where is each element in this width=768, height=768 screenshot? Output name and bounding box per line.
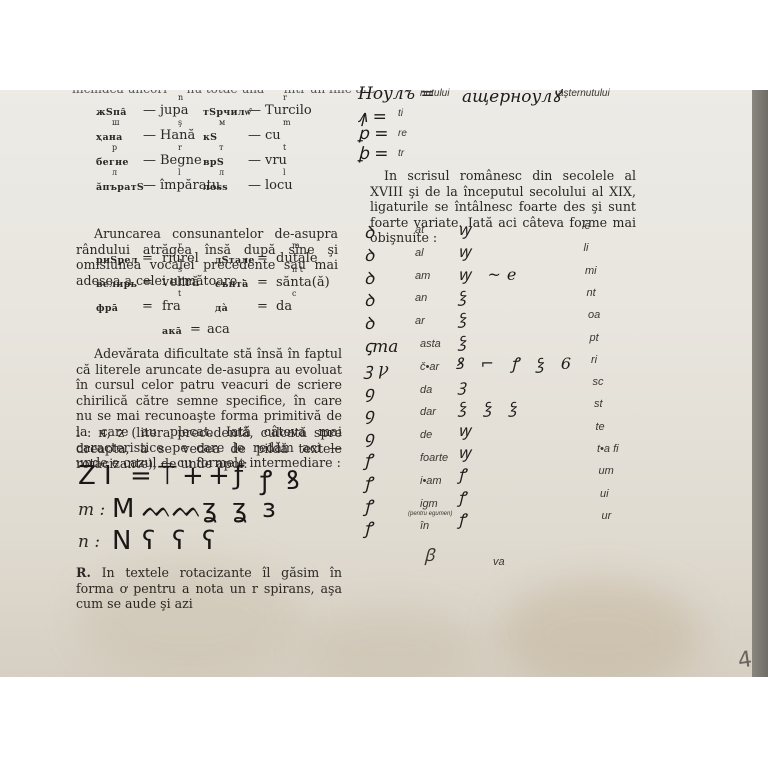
glyph-row-label: m : — [78, 500, 105, 520]
equals-sign: = — [190, 322, 201, 337]
latin-transliteration: vru — [265, 153, 287, 168]
ligature-label: sc — [593, 376, 604, 388]
handwritten-glyph: ᨓ — [172, 494, 203, 525]
ligature-glyph: ꞔma — [364, 334, 398, 357]
ligature-label: at — [415, 224, 424, 236]
ligature-label: da — [420, 384, 432, 396]
ligature-glyph: ꝭ — [364, 471, 372, 494]
ligature-glyph: ꝭ — [458, 508, 472, 530]
dash: — — [143, 128, 156, 143]
ligature-glyph: ꝡ — [458, 240, 476, 262]
ligature-label: ui — [600, 488, 609, 500]
handwritten-glyph: ᨓ — [142, 494, 173, 525]
handwritten-glyph: ʓ — [232, 494, 247, 524]
latin-transliteration: aca — [207, 322, 230, 337]
ligature-label: ur — [602, 510, 612, 522]
cyrillic-word: лоѕѕ — [203, 182, 228, 193]
handwritten-glyph: ɜ — [262, 494, 276, 524]
ligature-glyph: ꝣ — [458, 330, 472, 352]
ligature-glyph: ꝺ — [364, 266, 374, 289]
handwritten-glyph: + — [182, 461, 204, 491]
paragraph-text: In textele rotacizante îl găsim în forma… — [76, 565, 342, 611]
ligature-label: li — [584, 242, 589, 254]
cyrillic-superscript: м — [219, 118, 225, 127]
superscript-letter: ş — [178, 118, 182, 127]
ligature-glyph: ꝫ ꝩ — [364, 357, 388, 380]
glyph-row-label: n : — [78, 532, 100, 552]
latin-transliteration: riurel — [162, 251, 199, 266]
handwritten-glyph: ʕ — [202, 526, 215, 556]
cyrillic-word: фрā — [96, 303, 118, 314]
superscript-letter: n — [178, 93, 183, 102]
ligature-label: mi — [585, 265, 597, 277]
section-letter: R. — [76, 565, 91, 580]
ligature-glyph: ꝡ — [458, 419, 476, 441]
dash: — — [143, 153, 156, 168]
ligature-label: t•a fi — [597, 443, 619, 455]
cyrillic-word: риЅрел — [96, 255, 138, 266]
ligature-glyph: ꝭ — [458, 463, 472, 485]
superscript-letter: r — [178, 241, 182, 250]
latin-transliteration: veliră — [162, 275, 199, 290]
dash: — — [248, 103, 261, 118]
superscript-letter: s — [178, 265, 182, 274]
ligature-label: în — [420, 520, 429, 532]
dash: — — [143, 103, 156, 118]
paper-stain — [300, 610, 480, 677]
ligature-label: um — [599, 465, 614, 477]
cyrillic-superscript: л — [219, 168, 224, 177]
cursive-glyph: ꝧ = — [358, 144, 388, 164]
superscript-letter: c — [292, 289, 296, 298]
ligature-glyph: ꝣ ꝣ ꝣ — [458, 396, 523, 418]
ligature-glyph: ꝭ — [364, 494, 372, 517]
cyrillic-word: дЅ̑тале — [215, 255, 255, 266]
ligature-label: an — [415, 292, 427, 304]
ligature-glyph: ꝯ — [364, 380, 374, 403]
ligature-label: ar — [415, 315, 425, 327]
cyrillic-word: тЅрчилѡ̑ — [203, 107, 251, 118]
ligature-label: asta — [420, 338, 441, 350]
glyph-meaning: aşternutului — [558, 88, 610, 99]
ligature-glyph: ꝡ — [458, 441, 476, 463]
cyrillic-superscript: ш — [112, 118, 119, 127]
glyph-meaning: re — [398, 128, 407, 139]
handwritten-glyph: = — [130, 461, 152, 491]
cyrillic-word: бегне — [96, 157, 129, 168]
superscript-letter: t — [178, 289, 181, 298]
superscript-letter: l — [178, 168, 181, 177]
ligature-glyph: ꝺ — [364, 311, 374, 334]
superscript-letter: m — [292, 241, 300, 250]
ligature-note: (pentru egumen) — [408, 511, 452, 517]
equals-sign: = — [257, 251, 268, 266]
glyph-meaning: ti — [398, 108, 403, 119]
ligature-glyph: ꝺ — [364, 243, 374, 266]
paragraph-ligatures-intro: In scrisul românesc din secolele al XVII… — [370, 168, 636, 246]
cyrillic-word: кЅ — [203, 132, 217, 143]
equals-sign: = — [142, 251, 153, 266]
latin-transliteration: da — [276, 299, 292, 314]
handwritten-glyph: ƒ — [234, 461, 243, 491]
latin-transliteration: sănta(ă) — [276, 275, 330, 290]
ligature-glyph: ꝭ — [364, 516, 372, 539]
ligature-glyph: ꝡ — [458, 218, 476, 240]
ligature-glyph: ꝭ — [364, 448, 372, 471]
superscript-letter: r — [283, 93, 287, 102]
dash: — — [248, 128, 261, 143]
cyrillic-superscript: р — [112, 143, 117, 152]
cursive-glyph: ащерноулꙋ — [462, 84, 560, 107]
ligature-glyph: ꝫ — [458, 374, 472, 396]
cyrillic-superscript: т — [219, 143, 223, 152]
cyrillic-word: ӑпъратЅ — [96, 182, 144, 193]
handwritten-glyph: Z — [78, 461, 96, 491]
handwritten-glyph: ʕ — [172, 526, 185, 556]
cyrillic-superscript: л — [112, 168, 117, 177]
equals-sign: = — [142, 275, 153, 290]
equals-sign: = — [142, 299, 153, 314]
latin-transliteration: locu — [265, 178, 293, 193]
handwritten-glyph: ⊤ — [156, 461, 179, 491]
ligature-label: ri — [591, 354, 597, 366]
cyrillic-word: сънтā — [215, 279, 249, 290]
latin-transliteration: fra — [162, 299, 181, 314]
ligature-glyph: ꝺ — [364, 220, 374, 243]
superscript-letter: t — [283, 143, 286, 152]
handwritten-glyph: N — [112, 526, 131, 556]
cyrillic-word: ҳана — [96, 132, 123, 143]
background-edge — [752, 90, 768, 677]
latin-transliteration: Turcilo — [265, 103, 312, 118]
equals-sign: = — [257, 299, 268, 314]
latin-transliteration: jupa — [160, 103, 188, 118]
ligature-glyph: ꝯ — [364, 425, 374, 448]
latin-transliteration: Hană — [160, 128, 195, 143]
ligature-label: foarte — [420, 452, 448, 464]
ligature-glyph: ꝺ — [364, 288, 374, 311]
handwritten-glyph: I — [104, 461, 112, 491]
ligature-label: pt — [590, 332, 599, 344]
handwritten-glyph: ꝸ — [286, 461, 300, 497]
ligature-label: č•ar — [420, 361, 439, 373]
handwritten-glyph: ʓ — [202, 494, 217, 524]
superscript-letter: l — [283, 168, 286, 177]
ligature-label: dar — [420, 406, 436, 418]
cyrillic-word: да̀ — [215, 303, 228, 314]
ligature-label: va — [493, 556, 505, 568]
ligature-label: te — [596, 421, 605, 433]
ligature-label: i•am — [420, 475, 442, 487]
ligature-label: am — [415, 270, 430, 282]
handwritten-glyph: ꝭ — [260, 461, 272, 497]
dash: — — [143, 178, 156, 193]
glyph-meaning: nutului — [420, 88, 449, 99]
ligature-glyph: ꝣ — [458, 285, 472, 307]
ligature-glyph: ꝭ — [458, 486, 472, 508]
ligature-label: nt — [587, 287, 596, 299]
paper-stain — [500, 580, 700, 677]
cursive-glyph: ꝑ = — [358, 124, 388, 144]
cut-text-line: incindea uneori — nu totde-una — într un… — [72, 82, 383, 96]
glyph-meaning: tr — [398, 148, 404, 159]
handwritten-glyph: ʕ — [142, 526, 155, 556]
ligature-label: le — [582, 220, 591, 232]
ligature-glyph: ꝣ — [458, 307, 472, 329]
cyrillic-word: акā — [162, 326, 182, 337]
superscript-letter: r — [178, 143, 182, 152]
handwritten-glyph: + — [208, 461, 230, 491]
latin-transliteration: Begne — [160, 153, 202, 168]
latin-transliteration: dutale — [276, 251, 318, 266]
cyrillic-word: жЅпа̑ — [96, 107, 127, 118]
cyrillic-word: врЅ — [203, 157, 224, 168]
equals-sign: = — [257, 275, 268, 290]
dash: — — [248, 153, 261, 168]
ligature-glyph: ꝸ ⌐ ꝭ ꝣ 6 — [455, 352, 577, 374]
ligature-label: ꞵ — [424, 543, 435, 566]
handwritten-glyph: M — [112, 494, 134, 524]
superscript-letter: n t — [292, 265, 303, 274]
paragraph-rotacizante: R. In textele rotacizante îl găsim în fo… — [76, 565, 342, 612]
ligature-glyph: ꝯ — [364, 402, 374, 425]
ligature-label: de — [420, 429, 432, 441]
cyrillic-word: велирь — [96, 279, 137, 290]
ligature-label: st — [594, 398, 603, 410]
latin-transliteration: cu — [265, 128, 281, 143]
ligature-label: al — [415, 247, 424, 259]
ligature-label: igm — [420, 498, 438, 510]
ligature-glyph: ꝡ ~e — [458, 263, 522, 285]
ligature-label: oa — [588, 309, 600, 321]
dash: — — [248, 178, 261, 193]
superscript-letter: m — [283, 118, 291, 127]
